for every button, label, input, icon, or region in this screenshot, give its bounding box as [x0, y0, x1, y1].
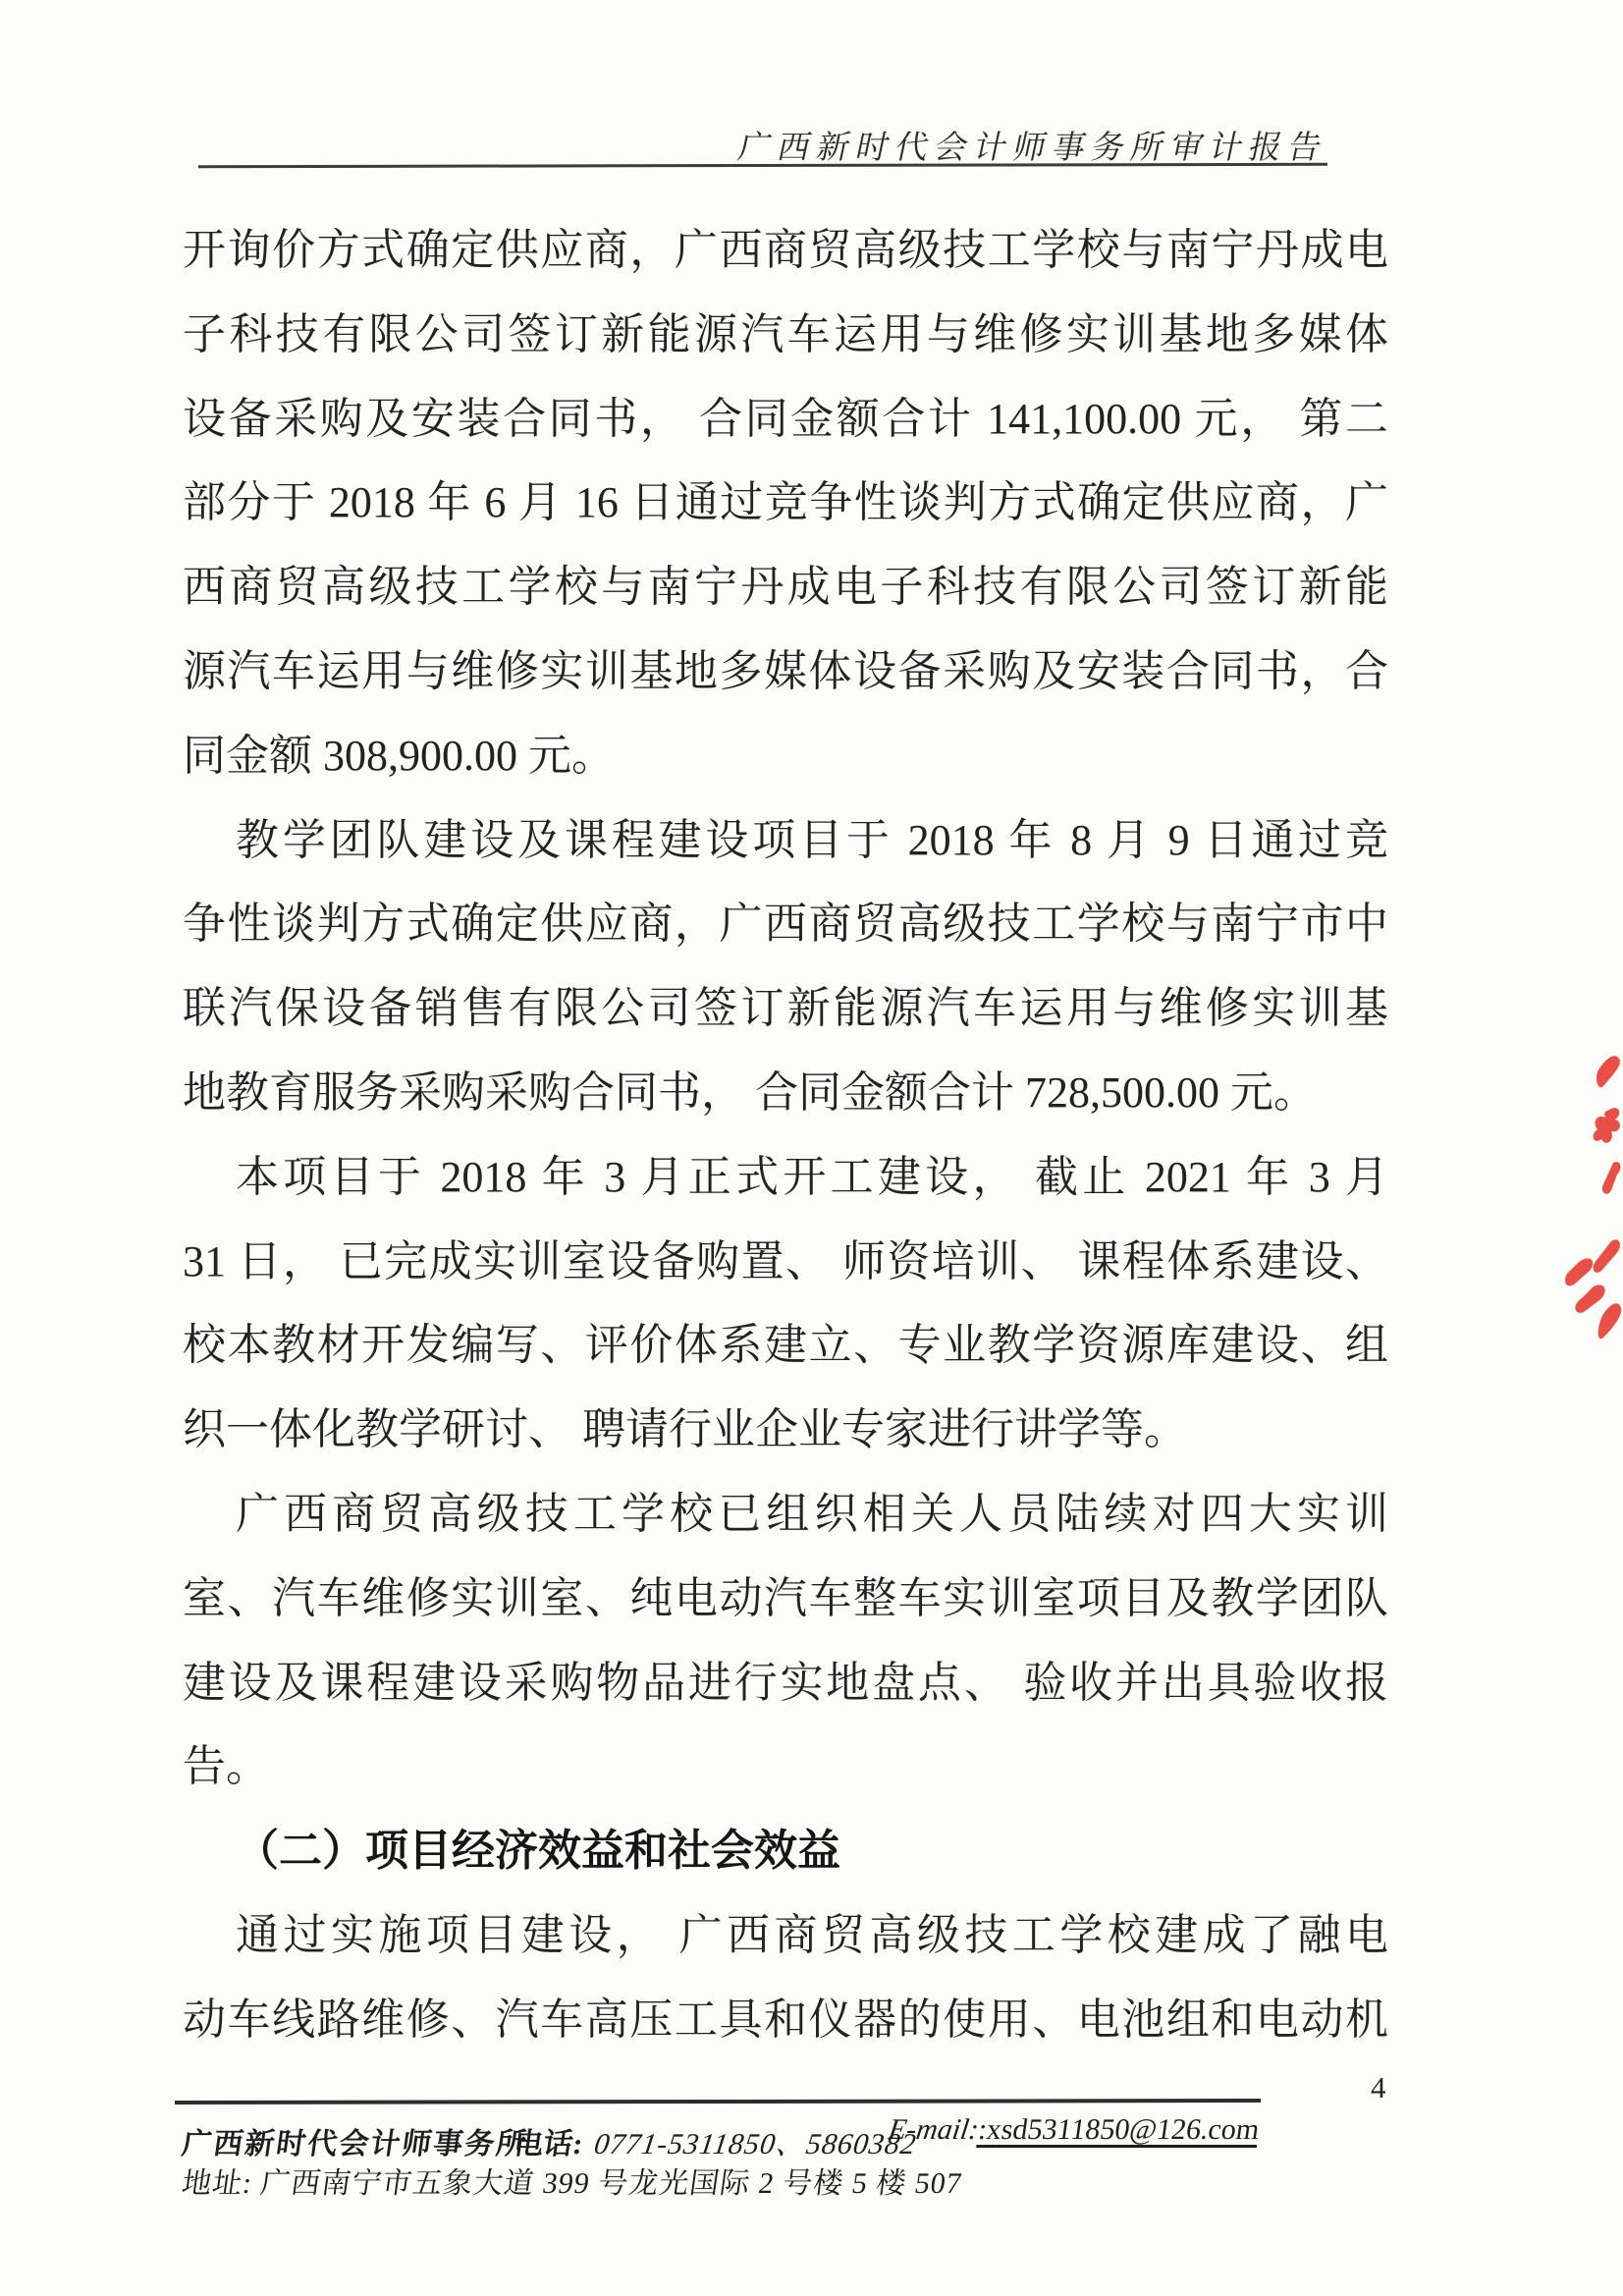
- body-line: 室、汽车维修实训室、纯电动汽车整车实训室项目及教学团队: [183, 1557, 1388, 1641]
- body-line: 动车线路维修、汽车高压工具和仪器的使用、电池组和电动机: [183, 1978, 1388, 2062]
- footer-phone-numbers: 0771-5311850、5860382: [592, 2119, 920, 2162]
- body-line: 子科技有限公司签订新能源汽车运用与维修实训基地多媒体: [183, 293, 1388, 377]
- body-line: 本项目于 2018 年 3 月正式开工建设， 截止 2021 年 3 月: [183, 1135, 1388, 1220]
- body-line: 开询价方式确定供应商，广西商贸高级技工学校与南宁丹成电: [183, 208, 1388, 293]
- body-line: 源汽车运用与维修实训基地多媒体设备采购及安装合同书，合: [183, 629, 1388, 714]
- footer-firm-name: 广西新时代会计师事务所: [180, 2119, 531, 2162]
- body-line: 设备采购及安装合同书， 合同金额合计 141,100.00 元， 第二: [183, 377, 1388, 462]
- footer-rule: [175, 2099, 1261, 2105]
- body-line: 通过实施项目建设， 广西商贸高级技工学校建成了融电: [183, 1893, 1388, 1978]
- body-line: 教学团队建设及课程建设项目于 2018 年 8 月 9 日通过竞: [183, 798, 1388, 883]
- body-line: 广西商贸高级技工学校已组织相关人员陆续对四大实训: [183, 1472, 1388, 1557]
- header-title: 广西新时代会计师事务所审计报告: [734, 122, 1333, 168]
- footer-address: 地址: 广西南宁市五象大道 399 号龙光国际 2 号楼 5 楼 507: [180, 2159, 966, 2202]
- body-line: 同金额 308,900.00 元。: [183, 714, 1388, 798]
- body-line: 部分于 2018 年 6 月 16 日通过竞争性谈判方式确定供应商，广: [183, 461, 1388, 545]
- body-line: 西商贸高级技工学校与南宁丹成电子科技有限公司签订新能: [183, 545, 1388, 629]
- footer-phone-label: 电话:: [512, 2119, 586, 2162]
- body-line: 告。: [183, 1724, 1388, 1809]
- body-line: 地教育服务采购采购合同书， 合同金额合计 728,500.00 元。: [183, 1051, 1388, 1135]
- body-line: 31 日， 已完成实训室设备购置、 师资培训、 课程体系建设、: [183, 1220, 1388, 1304]
- footer-email: E-mail::xsd5311850@126.com: [887, 2113, 1262, 2147]
- body-line: 建设及课程建设采购物品进行实地盘点、 验收并出具验收报: [183, 1641, 1388, 1725]
- body-line: 校本教材开发编写、评价体系建立、专业教学资源库建设、组: [183, 1303, 1388, 1388]
- page-number: 4: [1371, 2070, 1386, 2105]
- body-line: 联汽保设备销售有限公司签订新能源汽车运用与维修实训基: [183, 966, 1388, 1051]
- body-line: 争性谈判方式确定供应商，广西商贸高级技工学校与南宁市中: [183, 882, 1388, 966]
- body-line: 织一体化教学研讨、 聘请行业企业专家进行讲学等。: [183, 1388, 1388, 1472]
- red-seal-fragment-icon: [1554, 1053, 1623, 1347]
- body-text: 开询价方式确定供应商，广西商贸高级技工学校与南宁丹成电 子科技有限公司签订新能源…: [183, 208, 1388, 2062]
- footer-email-address: :xsd5311850@126.com: [976, 2113, 1261, 2146]
- section-heading: （二）项目经济效益和社会效益: [183, 1809, 1388, 1893]
- document-page: 广西新时代会计师事务所审计报告 开询价方式确定供应商，广西商贸高级技工学校与南宁…: [0, 0, 1623, 2296]
- footer-email-label: E-mail:: [887, 2113, 981, 2146]
